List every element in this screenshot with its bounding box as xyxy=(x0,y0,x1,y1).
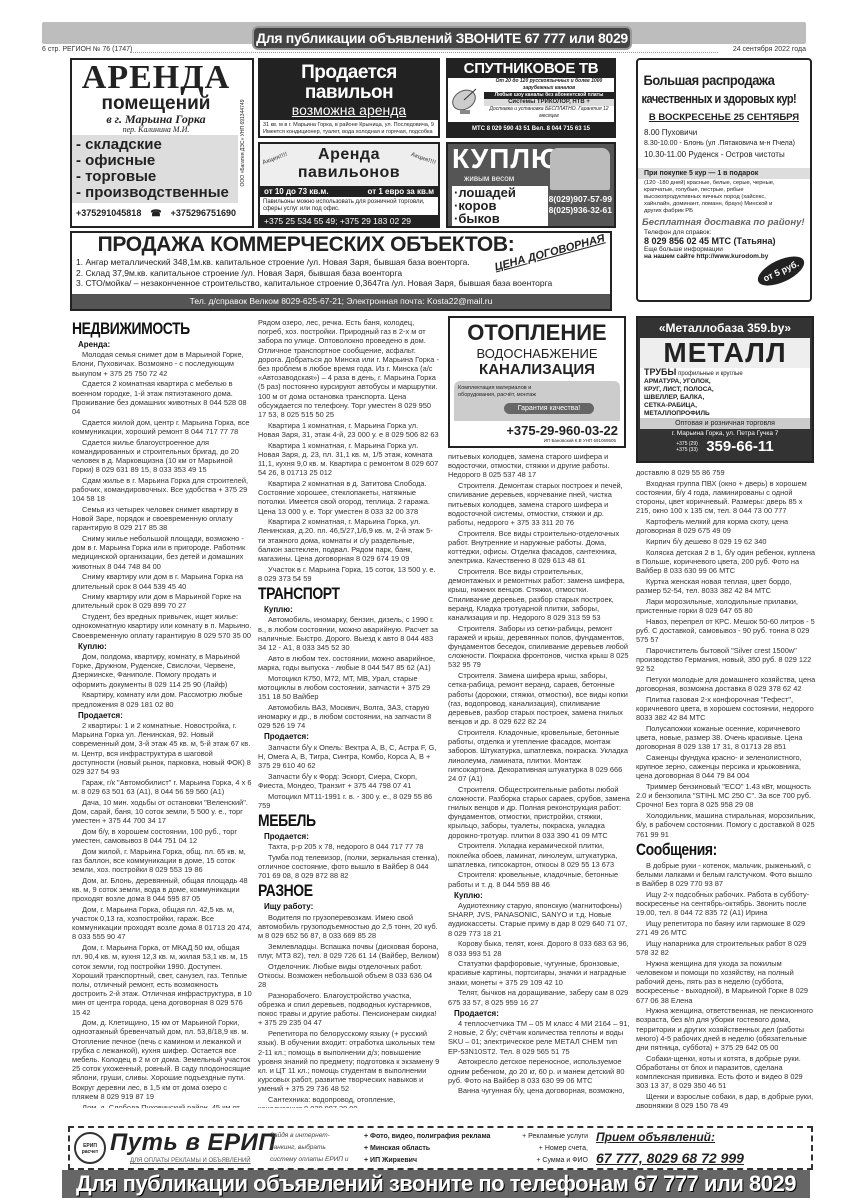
ad-item: Строителя. Общестроительные работы любой… xyxy=(448,785,630,840)
ad-item: Ванна чугунная б/у, цена договорная, воз… xyxy=(448,1086,630,1095)
erip-title: Путь в ЕРИП xyxy=(110,1129,276,1157)
ad-item: Землевладцы. Вспашка почвы (дисковая бор… xyxy=(258,942,440,960)
ad-item: Щенки и взрослые собаки, в дар, в добрые… xyxy=(636,1092,816,1108)
ad-item: Лари морозильные, холодильные прилавки, … xyxy=(636,597,816,615)
ad-item: Нужна женщина, ответственная, не пенсион… xyxy=(636,1006,816,1052)
ad-item: Участок в г. Марьина Горка, 15 соток, 13… xyxy=(258,565,440,583)
ad-item: Дом, д. Клетищино, 15 км от Марьиной Гор… xyxy=(72,1018,252,1101)
pipes-label: ТРУБЫ xyxy=(644,367,676,377)
section-messages: Сообщения: xyxy=(636,841,784,859)
metal-brand: «Металлобаза 359.by» xyxy=(638,318,812,338)
metal-trade: Оптовая и розничная торговля xyxy=(640,418,810,429)
ad-item: Корову быка, телят, коня. Дорого 8 033 6… xyxy=(448,939,630,957)
ad-item: Дом, полдома, квартиру, комнату, в Марьи… xyxy=(72,652,252,689)
ad-item: Строителя. Замена шифера крыш, заборы, с… xyxy=(448,671,630,726)
accept-title: Прием объявлений: xyxy=(596,1130,715,1144)
ad-item: Дом, г. Марьина Горка, от МКАД 50 км, об… xyxy=(72,943,252,1017)
ad-item: Плитка газовая 2-х конфорочная "Гефест",… xyxy=(636,695,816,723)
ad-item: Ищу репетитора по баяну или гармошке 8 0… xyxy=(636,919,816,937)
chickens-desc: (120 -180 дней) красные, белые, серые, ч… xyxy=(638,179,788,216)
ad-item: Дом, аг. Блонь, деревянный, общая площад… xyxy=(72,876,252,904)
ad-item: Навоз, перепрел от КРС. Мешок 50-60 литр… xyxy=(636,617,816,645)
satellite-title: СПУТНИКОВОЕ ТВ xyxy=(448,60,614,78)
ad-item: Мотоцикл К750, М72, МТ, МВ, Урал, старые… xyxy=(258,674,440,702)
ad-item: Ищу 2-х подсобных рабочих. Работа в субб… xyxy=(636,890,816,918)
heating-guarantee: Гарантия качества! xyxy=(504,403,594,414)
buy-phone-1: 8(029)907-57-99 xyxy=(549,194,612,205)
arenda-city: в г. Марьина Горка xyxy=(72,113,252,125)
erip-path-item: + Минская область xyxy=(364,1143,490,1155)
heating-line3: КАНАЛИЗАЦИЯ xyxy=(450,361,624,379)
subsection-sell: Продается: xyxy=(264,832,440,841)
pavilions-size: от 10 до 73 кв.м. xyxy=(264,187,329,196)
heating-owner: ИП Бановский К.В УНП 691069505 xyxy=(450,438,624,443)
heating-line2: ВОДОСНАБЖЕНИЕ xyxy=(450,346,624,361)
ad-item: Квартира 2 комнатная в д. Затитова Слобо… xyxy=(258,479,440,516)
arenda-subtitle: помещений xyxy=(72,95,252,113)
bottom-banner: Для публикации объявлений звоните по тел… xyxy=(62,1170,810,1198)
ad-item: Строителя. Все виды строительно-отделочн… xyxy=(448,529,630,566)
metal-codes: +375 (29) +375 (33) xyxy=(676,441,702,453)
arenda-item: - офисные xyxy=(76,153,234,169)
pavilion-text: 31 кв. м в г. Марьина Горка, в районе Кр… xyxy=(260,120,438,138)
subsection-buy: Куплю: xyxy=(78,642,252,651)
ad-pavilion-sale: Продается павильон возможна аренда 31 кв… xyxy=(258,58,440,138)
phone-2: +375296751690 xyxy=(171,208,236,219)
section-transport: ТРАНСПОРТ xyxy=(258,585,407,603)
ad-item: Молодая семья снимет дом в Марьиной Горк… xyxy=(72,350,252,378)
ad-item: В добрые руки - котенок, мальчик, рыжень… xyxy=(636,861,816,889)
buy-phone-2: 8(025)936-32-61 xyxy=(549,205,612,216)
ad-item: Дом, г. Марьина Горка, общая пл. 42,5 кв… xyxy=(72,905,252,942)
ad-item: Строителя. Демонтаж старых построек и пе… xyxy=(448,481,630,527)
column-4: доставлю 8 029 55 86 759 Входная группа … xyxy=(636,468,816,1108)
section-furniture: МЕБЕЛЬ xyxy=(258,812,407,830)
ad-item: Петухи молодые для домашнего хозяйства, … xyxy=(636,675,816,693)
ad-item: Разнорабочего. Благоустройство участка, … xyxy=(258,991,440,1028)
ad-item: Сдам жилье в г. Марьина Горка для строит… xyxy=(72,476,252,504)
ad-arenda: АРЕНДА помещений в г. Марьина Горка пер.… xyxy=(70,58,254,228)
erip-subtitle: ДЛЯ ОПЛАТЫ РЕКЛАМЫ И ОБЪЯВЛЕНИЙ xyxy=(130,1158,251,1164)
pavilion-title: Продается павильон xyxy=(260,63,438,103)
ad-item: Входная группа ПВХ (окно + дверь) в хоро… xyxy=(636,479,816,516)
cow-horse-image xyxy=(550,148,610,190)
ad-item: Запчасти б/у к Форд: Эскорт, Сиера, Скор… xyxy=(258,772,440,790)
phone-1: +375291045818 xyxy=(76,208,141,219)
buy-item: ·быков xyxy=(454,212,548,225)
metal-address: г. Марьина Горка, ул. Петра Гучка 7 xyxy=(638,429,812,438)
ad-item: Автомобиль ВАЗ, Москвич, Волга, ЗАЗ, ста… xyxy=(258,703,440,731)
chickens-phone: 8 029 856 02 45 МТС (Татьяна) xyxy=(638,236,810,246)
ad-item: Сдается 2 комнатная квартира с мебелью в… xyxy=(72,379,252,416)
ad-item: Автокресло детское переносное, используе… xyxy=(448,1057,630,1085)
pavilions-price: от 1 евро за кв.м xyxy=(368,187,434,196)
commercial-item: 2. Склад 37,9м.кв. капитальное строение … xyxy=(76,268,606,279)
pavilions-text: Павильоны можно использовать для розничн… xyxy=(260,197,438,215)
commercial-item: 3. СТО/мойка/ – незаконченное строительс… xyxy=(76,278,606,289)
ad-item: Мотоцикл МТ11-1991 г. в. - 300 у. е., 8 … xyxy=(258,792,440,810)
ad-item: Кирпич б/у дешево 8 029 19 62 340 xyxy=(636,537,816,546)
schedule-item: 8.00 Пуховичи xyxy=(644,127,804,138)
promo-badge-left: Акция!!!! xyxy=(262,152,289,167)
ad-item: Сдается жилье благоустроенное для команд… xyxy=(72,438,252,475)
section-realty: НЕДВИЖИМОСТЬ xyxy=(72,320,220,338)
section-misc: РАЗНОЕ xyxy=(258,882,407,900)
heating-desc: Комплектация материалов и оборудования, … xyxy=(458,385,568,399)
metal-item: СЕТКА-РАБИЦА, xyxy=(644,402,806,410)
arenda-phones: +375291045818 ☎ +375296751690 xyxy=(72,203,240,224)
ad-item: Картофель мелкий для корма скоту, цена д… xyxy=(636,517,816,535)
ad-item: Строителя. Кладочные, кровельные, бетонн… xyxy=(448,728,630,783)
erip-field: + Номер счета, xyxy=(500,1143,588,1155)
ad-item: Собаки-щенки, коты и котята, в добрые ру… xyxy=(636,1054,816,1091)
commercial-contact: Тел. д/справок Велком 8029-625-67-21; Эл… xyxy=(72,294,610,309)
ad-item: Аудиотехнику старую, японскую (магнитофо… xyxy=(448,901,630,938)
satellite-line1: От 20 до 120 русскоязычных и более 1000 … xyxy=(484,78,614,92)
metal-item: АРМАТУРА, УГОЛОК, xyxy=(644,378,806,386)
phone-icon: ☎ xyxy=(150,208,161,219)
issue-date: 24 сентября 2022 года xyxy=(733,46,806,53)
ad-item: Рядом озеро, лес, речка. Есть баня, коло… xyxy=(258,318,440,419)
heating-title: ОТОПЛЕНИЕ xyxy=(450,320,624,346)
satellite-dish-icon xyxy=(448,78,484,122)
ad-item: Строителя. Укладка керамической плитки, … xyxy=(448,841,630,869)
ad-item: Автомобиль, иномарку, бензин, дизель, с … xyxy=(258,615,440,652)
ad-item: Дача, 10 мин. ходьбы от остановки "Велен… xyxy=(72,798,252,826)
chickens-schedule: 8.00 Пуховичи 8.30-10.00 - Блонь (ул .Пя… xyxy=(638,127,810,160)
ad-item: Полусапожки кожаные осенние, коричневого… xyxy=(636,724,816,752)
arenda-item: - производственные xyxy=(76,185,234,201)
chickens-more: Еще больше информации xyxy=(638,246,810,253)
chickens-delivery: Бесплатная доставка по району! xyxy=(638,216,810,229)
header-divider xyxy=(130,52,718,53)
ad-item: доставлю 8 029 55 86 759 xyxy=(636,468,816,477)
satellite-line4: Доставка и установка БЕСПЛАТНО. Гарантия… xyxy=(484,106,614,120)
chickens-promo: При покупке 5 кур — 1 в подарок xyxy=(638,168,810,179)
ad-item: Тахта, р-р 205 x 78, недорого 8 044 717 … xyxy=(258,842,440,851)
ad-item: питьевых колодцев, замена старого шифера… xyxy=(448,452,630,480)
erip-payment-strip: ЕРИП расчет Путь в ЕРИП ДЛЯ ОПЛАТЫ РЕКЛА… xyxy=(68,1126,813,1170)
ad-item: Сниму квартиру или дом в г. Марьина Горк… xyxy=(72,572,252,590)
ad-pavilions-rent: Акция!!!! Аренда павильонов Акция!!!! от… xyxy=(258,142,440,228)
accept-phones: 67 777, 8029 68 72 999 xyxy=(596,1150,744,1166)
ad-heating: ОТОПЛЕНИЕ ВОДОСНАБЖЕНИЕ КАНАЛИЗАЦИЯ Комп… xyxy=(448,316,626,448)
chickens-date: В ВОСКРЕСЕНЬЕ 25 СЕНТЯБРЯ xyxy=(638,108,810,127)
ad-item: Саженцы фундука красно- и зеленолистного… xyxy=(636,753,816,781)
chickens-title-1: Большая распродажа xyxy=(638,60,796,89)
subsection-sell: Продается: xyxy=(264,732,440,741)
ad-item: Гараж, г/к "Автомобилист" г. Марьина Гор… xyxy=(72,778,252,796)
satellite-line2: Любые шоу каналы без абонентской платы xyxy=(484,92,614,99)
ad-item: Запчасти б/у к Опель: Вектра А, В, С, Ас… xyxy=(258,743,440,771)
page-issue: 6 стр. РЕГИОН № 76 (1747) xyxy=(42,46,132,53)
erip-field: + Сумма и ФИО xyxy=(500,1155,588,1167)
ad-item: Статуэтки фарфоровые, чугунные, бронзовы… xyxy=(448,959,630,987)
ad-chickens: Большая распродажа качественных и здоров… xyxy=(636,58,812,302)
pavilion-subtitle: возможна аренда xyxy=(260,103,438,118)
column-3: питьевых колодцев, замена старого шифера… xyxy=(448,452,630,1108)
ad-item: Строителя: кровельные, кладочные, бетонн… xyxy=(448,870,630,888)
ad-item: 2 квартиры: 1 и 2 комнатные. Новостройка… xyxy=(72,721,252,776)
arenda-street: пер. Калинина М.И. xyxy=(72,125,252,135)
ad-item: Сниму квартиру или дом в Марьиной Горке … xyxy=(72,592,252,610)
ad-item: Квартира 2 комнатная, г. Марьина Горка, … xyxy=(258,517,440,563)
arenda-item: - торговые xyxy=(76,169,234,185)
column-1: НЕДВИЖИМОСТЬ Аренда: Молодая семья сниме… xyxy=(72,318,252,1108)
ad-item: Триммер бензиновый "ECO" 1.43 кВт, мощно… xyxy=(636,782,816,810)
ad-item: Квартиру, комнату или дом. Рассмотрю люб… xyxy=(72,690,252,708)
ad-item: Авто в любом тех. состоянии, можно авари… xyxy=(258,654,440,672)
ad-item: Коляска детская 2 в 1, б/у один ребенок,… xyxy=(636,548,816,576)
column-2: Рядом озеро, лес, речка. Есть баня, коло… xyxy=(258,318,440,1108)
metal-item: МЕТАЛЛОПРОФИЛЬ xyxy=(644,410,806,418)
subsection-buy: Куплю: xyxy=(454,891,630,900)
arenda-list: - складские - офисные - торговые - произ… xyxy=(72,135,238,203)
ad-commercial-sale: ПРОДАЖА КОММЕРЧЕСКИХ ОБЪЕКТОВ: ЦЕНА ДОГО… xyxy=(70,231,612,311)
subsection-sell: Продается: xyxy=(454,1009,630,1018)
arenda-item: - складские xyxy=(76,137,234,153)
erip-path-item: + ИП Жиркевич xyxy=(364,1155,490,1167)
pavilions-title: Аренда павильонов xyxy=(290,146,408,182)
ad-item: Телят, бычков на доращивание, заберу сам… xyxy=(448,988,630,1006)
arenda-title: АРЕНДА xyxy=(72,61,252,95)
ad-item: Дом б/у, в хорошем состоянии, 100 руб., … xyxy=(72,827,252,845)
ad-item: Сдается жилой дом, центр г. Марьина Горк… xyxy=(72,418,252,436)
schedule-item: 8.30-10.00 - Блонь (ул .Пятаковича м-н П… xyxy=(644,138,804,149)
ad-item: Семья из четырех человек снимет квартиру… xyxy=(72,505,252,533)
promo-badge-right: Акция!!!! xyxy=(410,152,437,167)
erip-logo: ЕРИП расчет xyxy=(74,1132,106,1164)
subsection-rent: Аренда: xyxy=(78,340,252,349)
satellite-phones: МТС 8 029 590 43 51 Вел. 8 044 715 63 15 xyxy=(448,122,614,136)
ad-item: Тумба под телевизор, (полки, зеркальная … xyxy=(258,853,440,881)
ad-item: Парочиститель бытовой "Silver crest 1500… xyxy=(636,646,816,674)
top-banner: Для публикации объявлений ЗВОНИТЕ 67 777… xyxy=(252,26,632,50)
ad-item: Репетитора по белорусскому языку (+ русс… xyxy=(258,1029,440,1093)
ad-item: Сниму жилье небольшой площади, возможно … xyxy=(72,534,252,571)
ad-buy-livestock: КУПЛЮ живым весом ·лошадей ·коров ·быков… xyxy=(446,142,616,228)
ad-item: Холодильник, машина стиральная, морозиль… xyxy=(636,811,816,839)
metal-item: КРУГ, ЛИСТ, ПОЛОСА, xyxy=(644,386,806,394)
schedule-item: 10.30-11.00 Руденск - Остров чистоты xyxy=(644,149,804,160)
ad-item: Дом жилой, г. Марьина Горка, общ. пл. 65… xyxy=(72,847,252,875)
ad-item: Строителя. Все виды строительных, демонт… xyxy=(448,567,630,622)
ad-item: Куртка женская новая теплая, цвет бордо,… xyxy=(636,577,816,595)
heating-phone: +375-29-960-03-22 xyxy=(450,423,624,438)
ad-satellite-tv: СПУТНИКОВОЕ ТВ От 20 до 120 русскоязычны… xyxy=(446,58,616,138)
ad-item: Студент, без вредных привычек, ищет жиль… xyxy=(72,612,252,640)
ad-item: 4 теплосчетчика ТМ – 05 М класс 4 МИ 216… xyxy=(448,1019,630,1056)
pipes-note: профильные и круглые xyxy=(678,371,743,377)
ad-item: Водителя по грузоперевозкам. Имею свой а… xyxy=(258,913,440,941)
chickens-title-2: качественных и здоровых кур! xyxy=(638,89,789,108)
arenda-side-text: ООО «Багатея ДЭС» УНП 691344749 xyxy=(240,78,246,208)
ad-item: Строителя. Заборы из сетки-рабицы, ремон… xyxy=(448,624,630,670)
pavilions-phones: +375 25 534 55 49; +375 29 183 02 29 xyxy=(260,215,438,228)
satellite-line3: Системы ТРИКОЛОР, НТВ + xyxy=(484,99,614,106)
erip-field: + Рекламные услуги xyxy=(500,1131,588,1143)
ad-item: Дом, д. Слобода Пуховичский район, 45 км… xyxy=(72,1103,252,1108)
ad-item: Сантехника: водопровод, отопление, канал… xyxy=(258,1095,440,1108)
ad-metal: «Металлобаза 359.by» МЕТАЛЛ ТРУБЫ профил… xyxy=(636,316,814,463)
subsection-job: Ищу работу: xyxy=(264,902,440,911)
subsection-buy: Куплю: xyxy=(264,605,440,614)
ad-item: Квартира 1 комнатная, г. Марьина Горка у… xyxy=(258,421,440,439)
ad-item: Нужна женщина для ухода за пожилым челов… xyxy=(636,959,816,1005)
metal-item: ШВЕЛЛЕР, БАЛКА, xyxy=(644,394,806,402)
subsection-sell: Продается: xyxy=(78,711,252,720)
metal-phone: 359-66-11 xyxy=(706,438,774,455)
chickens-phone-label: Телефон для справок: xyxy=(638,229,810,236)
metal-title: МЕТАЛЛ xyxy=(640,338,810,368)
ad-item: Квартира 1 комнатная, г. Марьина Горка у… xyxy=(258,441,440,478)
erip-path-item: + Фото, видео, полиграфия реклама xyxy=(364,1131,490,1143)
ad-item: Ищу напарника для строительных работ 8 0… xyxy=(636,939,816,957)
ad-item: Отделочник. Любые виды отделочных работ.… xyxy=(258,962,440,990)
